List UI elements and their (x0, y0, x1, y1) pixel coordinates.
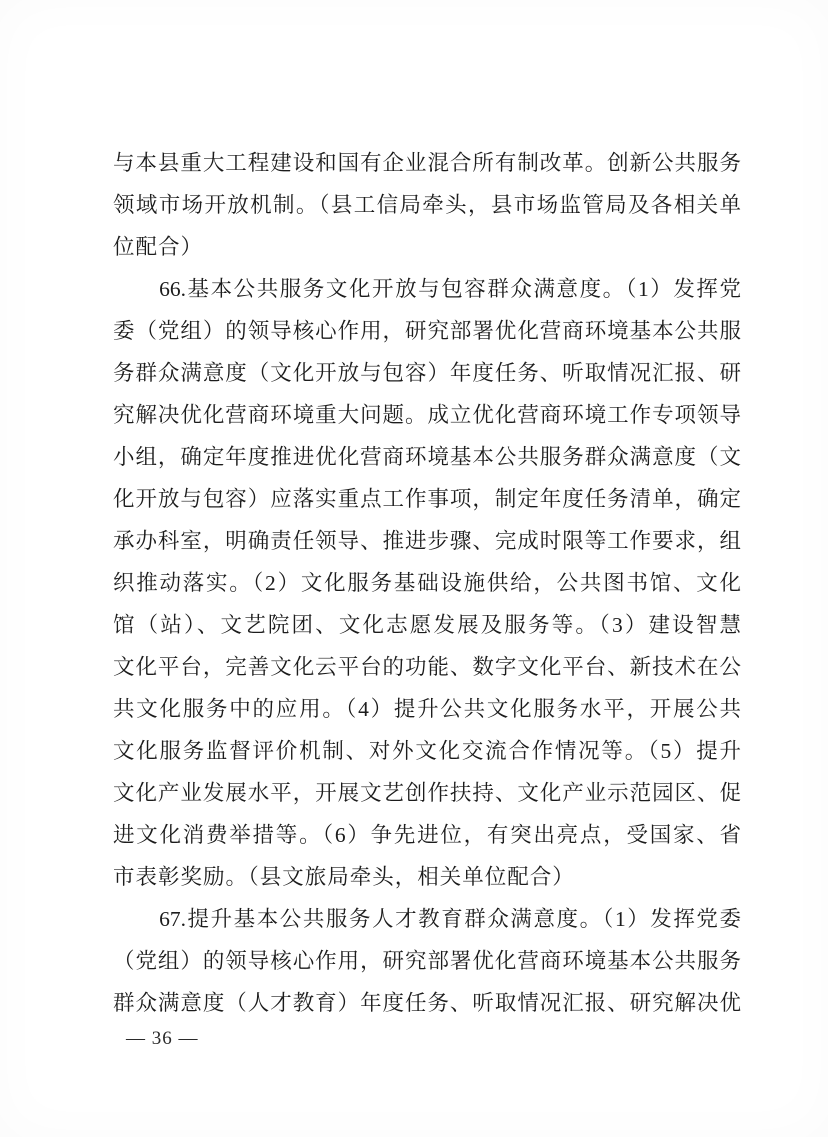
text-line: （党组）的领导核心作用，研究部署优化营商环境基本公共服务 (113, 940, 741, 982)
text-line: 位配合） (113, 226, 741, 268)
document-body: 与本县重大工程建设和国有企业混合所有制改革。创新公共服务领域市场开放机制。（县工… (113, 142, 741, 1024)
text-line: 群众满意度（人才教育）年度任务、听取情况汇报、研究解决优 (113, 982, 741, 1024)
text-line: 与本县重大工程建设和国有企业混合所有制改革。创新公共服务 (113, 142, 741, 184)
text-line: 务群众满意度（文化开放与包容）年度任务、听取情况汇报、研 (113, 352, 741, 394)
text-line: 委（党组）的领导核心作用，研究部署优化营商环境基本公共服 (113, 310, 741, 352)
text-line: 小组，确定年度推进优化营商环境基本公共服务群众满意度（文 (113, 436, 741, 478)
text-line: 共文化服务中的应用。（4）提升公共文化服务水平，开展公共 (113, 688, 741, 730)
page-number: — 36 — (126, 1028, 199, 1050)
text-line: 进文化消费举措等。（6）争先进位，有突出亮点，受国家、省 (113, 814, 741, 856)
text-line: 领域市场开放机制。（县工信局牵头，县市场监管局及各相关单 (113, 184, 741, 226)
text-line: 化开放与包容）应落实重点工作事项，制定年度任务清单，确定 (113, 478, 741, 520)
text-line: 承办科室，明确责任领导、推进步骤、完成时限等工作要求，组 (113, 520, 741, 562)
text-line: 67.提升基本公共服务人才教育群众满意度。（1）发挥党委 (113, 898, 741, 940)
text-line: 织推动落实。（2）文化服务基础设施供给，公共图书馆、文化 (113, 562, 741, 604)
text-line: 文化产业发展水平，开展文艺创作扶持、文化产业示范园区、促 (113, 772, 741, 814)
text-line: 究解决优化营商环境重大问题。成立优化营商环境工作专项领导 (113, 394, 741, 436)
text-line: 文化服务监督评价机制、对外文化交流合作情况等。（5）提升 (113, 730, 741, 772)
text-line: 66.基本公共服务文化开放与包容群众满意度。（1）发挥党 (113, 268, 741, 310)
text-line: 文化平台，完善文化云平台的功能、数字文化平台、新技术在公 (113, 646, 741, 688)
text-line: 馆（站）、文艺院团、文化志愿发展及服务等。（3）建设智慧 (113, 604, 741, 646)
document-page: 与本县重大工程建设和国有企业混合所有制改革。创新公共服务领域市场开放机制。（县工… (0, 0, 828, 1137)
text-line: 市表彰奖励。（县文旅局牵头，相关单位配合） (113, 856, 741, 898)
